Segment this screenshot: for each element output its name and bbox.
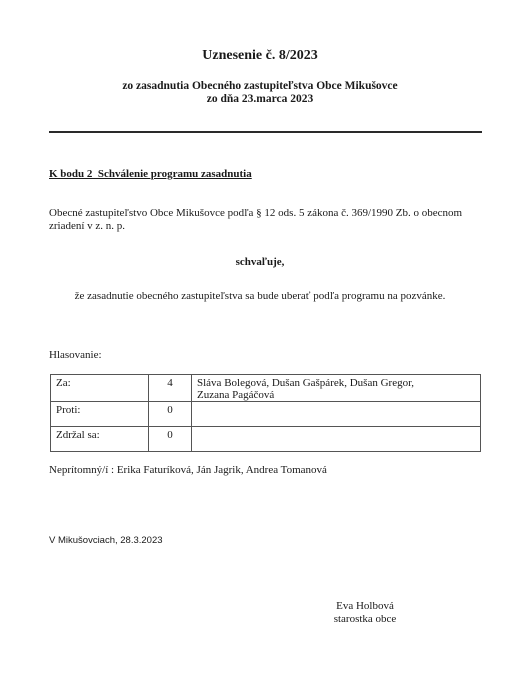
signatory-role: starostka obce <box>330 613 400 626</box>
vote-label-for: Za: <box>51 375 149 402</box>
signatory-name: Eva Holbová <box>330 600 400 613</box>
vote-names-against <box>192 402 481 427</box>
document-title: Uznesenie č. 8/2023 <box>0 48 520 64</box>
subtitle-date: zo dňa 23.marca 2023 <box>0 93 520 106</box>
approves-verb: schvaľuje, <box>0 256 520 268</box>
vote-names-line: Zuzana Pagáčová <box>197 389 475 401</box>
vote-count-for: 4 <box>149 375 192 402</box>
section-heading: K bodu 2 Schválenie programu zasadnutia <box>49 168 252 180</box>
table-row: Za: 4 Sláva Bolegová, Dušan Gašpárek, Du… <box>51 375 481 402</box>
signature-block: Eva Holbová starostka obce <box>330 600 400 626</box>
legal-basis-paragraph: Obecné zastupiteľstvo Obce Mikušovce pod… <box>49 207 489 233</box>
subtitle-meeting: zo zasadnutia Obecného zastupiteľstva Ob… <box>0 80 520 93</box>
vote-count-abstain: 0 <box>149 427 192 452</box>
vote-names-abstain <box>192 427 481 452</box>
horizontal-divider <box>49 131 482 133</box>
absent-members: Neprítomný/í : Erika Faturíková, Ján Jag… <box>49 464 327 476</box>
voting-table: Za: 4 Sláva Bolegová, Dušan Gašpárek, Du… <box>50 374 481 452</box>
vote-count-against: 0 <box>149 402 192 427</box>
voting-label: Hlasovanie: <box>49 349 102 361</box>
resolution-text: že zasadnutie obecného zastupiteľstva sa… <box>0 290 520 302</box>
table-row: Proti: 0 <box>51 402 481 427</box>
table-row: Zdržal sa: 0 <box>51 427 481 452</box>
place-and-date: V Mikušovciach, 28.3.2023 <box>49 535 163 546</box>
vote-names-line: Sláva Bolegová, Dušan Gašpárek, Dušan Gr… <box>197 377 475 389</box>
vote-label-against: Proti: <box>51 402 149 427</box>
vote-label-abstain: Zdržal sa: <box>51 427 149 452</box>
document-subtitle: zo zasadnutia Obecného zastupiteľstva Ob… <box>0 80 520 106</box>
vote-names-for: Sláva Bolegová, Dušan Gašpárek, Dušan Gr… <box>192 375 481 402</box>
